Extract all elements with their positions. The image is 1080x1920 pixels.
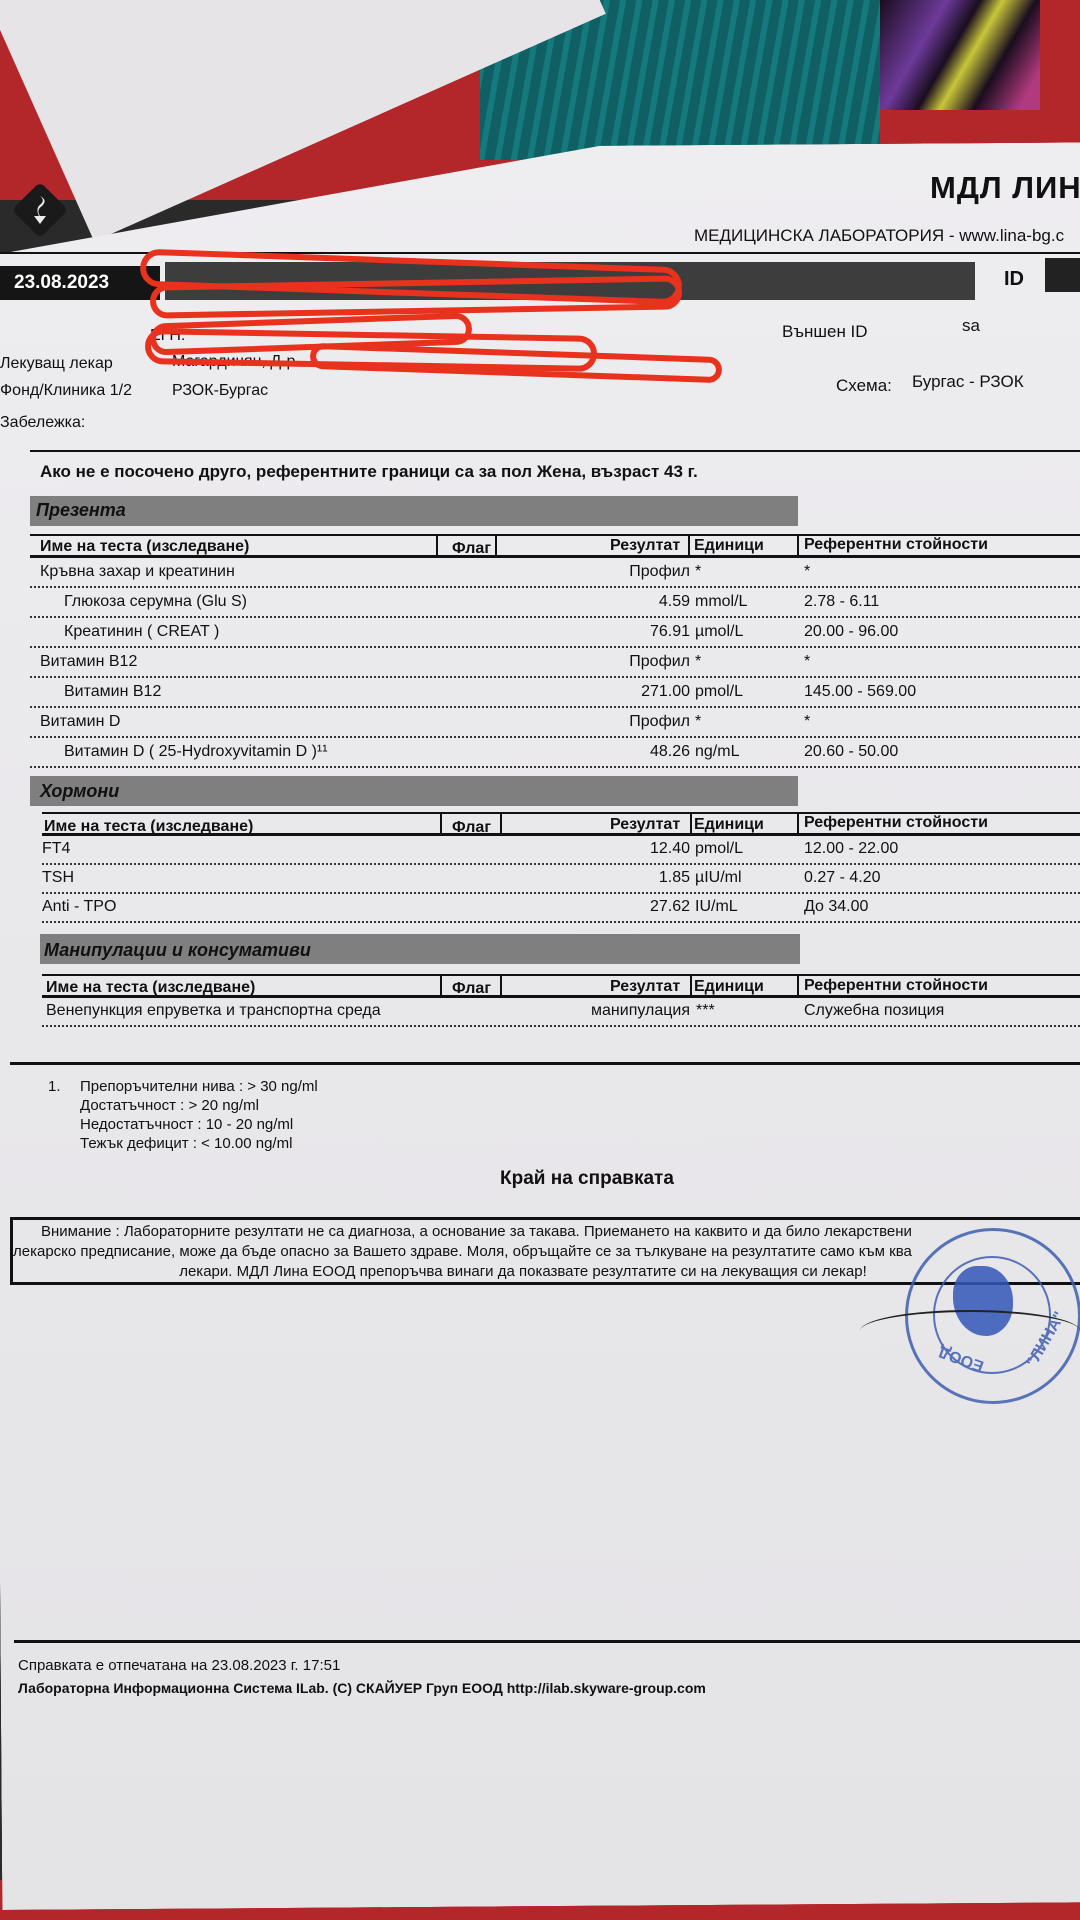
column-divider: [440, 814, 442, 834]
row-separator: [30, 646, 1080, 648]
test-result: 48.26: [650, 743, 690, 761]
fund-label: Фонд/Клиника 1/2: [0, 382, 132, 400]
column-header-flag: Флаг: [452, 980, 491, 998]
column-divider: [797, 976, 799, 996]
scheme-label: Схема:: [836, 376, 892, 396]
fund-value: РЗОК-Бургас: [172, 382, 268, 400]
row-separator: [42, 863, 1080, 865]
test-result: 4.59: [659, 593, 690, 611]
section-title: Презента: [36, 500, 126, 521]
test-units: µIU/ml: [695, 869, 742, 887]
id-label: ID: [1004, 268, 1024, 291]
test-name: Anti - TPO: [42, 898, 116, 916]
column-divider: [797, 536, 799, 556]
footnote-number: 1.: [48, 1078, 61, 1095]
test-reference: *: [804, 653, 810, 671]
test-reference: 12.00 - 22.00: [804, 840, 898, 858]
note-label: Забележка:: [0, 414, 85, 432]
lab-name: МДЛ ЛИН: [930, 170, 1080, 206]
printed-timestamp: Справката е отпечатана на 23.08.2023 г. …: [18, 1657, 340, 1674]
test-result: 76.91: [650, 623, 690, 641]
external-id-label: Външен ID: [782, 322, 868, 342]
column-header-flag: Флаг: [452, 819, 491, 837]
test-reference: 2.78 - 6.11: [804, 593, 879, 611]
test-name: Витамин D ( 25-Hydroxyvitamin D )¹¹: [64, 743, 328, 761]
test-result: 1.85: [659, 869, 690, 887]
footnote-line: Достатъчност : > 20 ng/ml: [80, 1097, 259, 1114]
column-divider: [495, 536, 497, 556]
column-header-reference: Референтни стойности: [804, 814, 988, 832]
test-reference: 20.00 - 96.00: [804, 623, 898, 641]
external-id-value: sa: [962, 316, 980, 336]
test-result: манипулация: [591, 1002, 690, 1020]
warning-line: лекари. МДЛ Лина ЕООД препоръчва винаги …: [0, 1263, 1063, 1280]
test-units: *: [695, 563, 701, 581]
row-separator: [30, 706, 1080, 708]
row-separator: [30, 766, 1080, 768]
row-separator: [30, 676, 1080, 678]
test-result: Профил: [629, 653, 690, 671]
column-divider: [500, 976, 502, 996]
test-units: *: [695, 713, 701, 731]
end-of-report: Край на справката: [500, 1168, 674, 1190]
row-separator: [42, 892, 1080, 894]
doctor-label: Лекуващ лекар: [0, 355, 113, 373]
column-header-reference: Референтни стойности: [804, 977, 988, 995]
test-name: Витамин D: [40, 713, 120, 731]
column-header-reference: Референтни стойности: [804, 536, 988, 554]
test-name: Витамин B12: [40, 653, 137, 671]
warning-line: Внимание : Лабораторните резултати не са…: [41, 1223, 1080, 1240]
column-divider: [688, 536, 690, 556]
column-header-result: Резултат: [610, 537, 680, 555]
table-end-divider: [10, 1062, 1080, 1065]
column-header-units: Единици: [694, 816, 764, 834]
test-units: pmol/L: [695, 840, 743, 858]
column-header-name: Име на теста (изследване): [46, 979, 255, 997]
column-divider: [690, 976, 692, 996]
test-units: µmol/L: [695, 623, 743, 641]
test-reference: 20.60 - 50.00: [804, 743, 898, 761]
test-units: pmol/L: [695, 683, 743, 701]
lab-subtitle: МЕДИЦИНСКА ЛАБОРАТОРИЯ - www.lina-bg.c: [694, 226, 1064, 246]
background-pattern: [880, 0, 1040, 110]
test-name: FT4: [42, 840, 70, 858]
column-divider: [500, 814, 502, 834]
section-header-hormones: [30, 776, 798, 806]
footer-divider: [14, 1640, 1080, 1643]
row-separator: [30, 586, 1080, 588]
test-units: *: [695, 653, 701, 671]
test-reference: До 34.00: [804, 898, 868, 916]
test-name: Глюкоза серумна (Glu S): [64, 593, 247, 611]
warning-line: лекарско предписание, може да бъде опасн…: [13, 1243, 1080, 1260]
test-result: 271.00: [641, 683, 690, 701]
test-result: Профил: [629, 713, 690, 731]
test-name: Креатинин ( CREAT ): [64, 623, 219, 641]
lab-logo-icon: [10, 180, 70, 240]
test-units: IU/mL: [695, 898, 738, 916]
test-result: 12.40: [650, 840, 690, 858]
row-separator: [42, 921, 1080, 923]
test-name: Венепункция епруветка и транспортна сред…: [46, 1002, 381, 1020]
test-reference: 0.27 - 4.20: [804, 869, 881, 887]
test-name: Кръвна захар и креатинин: [40, 563, 235, 581]
test-name: Витамин B12: [64, 683, 161, 701]
test-result: Профил: [629, 563, 690, 581]
footnote-line: Препоръчителни нива : > 30 ng/ml: [80, 1078, 318, 1095]
column-header-name: Име на теста (изследване): [44, 818, 253, 836]
signature: [860, 1310, 1080, 1352]
column-divider: [436, 536, 438, 556]
footnote-line: Тежък дефицит : < 10.00 ng/ml: [80, 1135, 292, 1152]
footnote-line: Недостатъчност : 10 - 20 ng/ml: [80, 1116, 293, 1133]
row-separator: [30, 736, 1080, 738]
system-credit: Лабораторна Информационна Система ILab. …: [18, 1680, 706, 1696]
column-divider: [690, 814, 692, 834]
id-value-box: [1045, 258, 1080, 292]
test-reference: *: [804, 713, 810, 731]
test-result: 27.62: [650, 898, 690, 916]
column-divider: [440, 976, 442, 996]
test-units: ***: [696, 1002, 715, 1020]
test-reference: Служебна позиция: [804, 1002, 944, 1020]
test-units: mmol/L: [695, 593, 747, 611]
report-date: 23.08.2023: [0, 266, 160, 300]
section-title: Хормони: [40, 781, 119, 802]
column-divider: [797, 814, 799, 834]
column-header-result: Резултат: [610, 816, 680, 834]
test-name: TSH: [42, 869, 74, 887]
scheme-value: Бургас - РЗОК: [912, 372, 1024, 392]
reference-note: Ако не е посочено друго, референтните гр…: [40, 462, 698, 482]
column-header-name: Име на теста (изследване): [40, 538, 249, 556]
section-title: Манипулации и консумативи: [44, 940, 311, 961]
column-header-result: Резултат: [610, 978, 680, 996]
test-reference: 145.00 - 569.00: [804, 683, 916, 701]
section-header-presenta: [30, 496, 798, 526]
column-header-flag: Флаг: [452, 540, 491, 558]
column-header-units: Единици: [694, 978, 764, 996]
test-units: ng/mL: [695, 743, 739, 761]
row-separator: [30, 616, 1080, 618]
column-header-units: Единици: [694, 537, 764, 555]
test-reference: *: [804, 563, 810, 581]
info-divider: [30, 450, 1080, 452]
row-separator: [42, 1025, 1080, 1027]
